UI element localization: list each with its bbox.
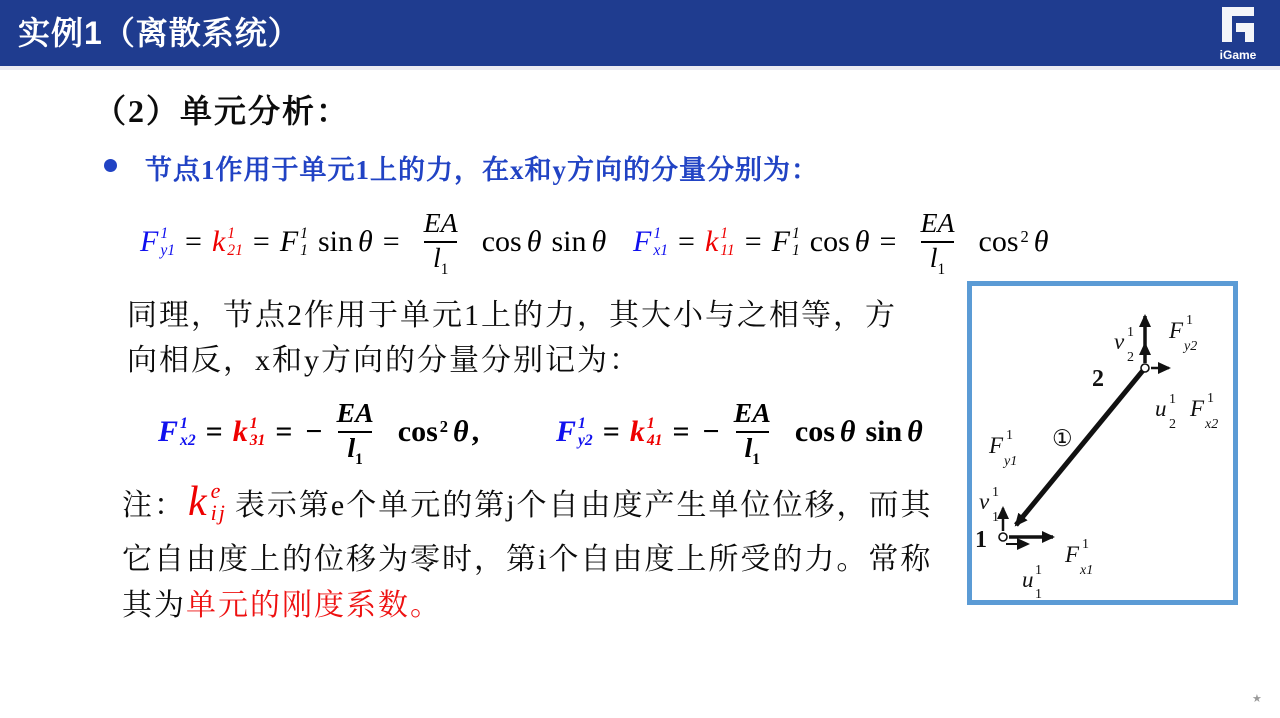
bullet-text: 节点1作用于单元1上的力，在x和y方向的分量分别为：: [145, 148, 819, 187]
node1-label: 1: [975, 527, 987, 553]
header-title: 实例1（离散系统）: [18, 0, 301, 66]
node2-label: 2: [1092, 366, 1104, 392]
note-line3: 其为单元的刚度系数。: [122, 580, 442, 624]
header-bar: 实例1（离散系统） iGame: [0, 0, 1280, 70]
svg-text:1: 1: [992, 510, 999, 525]
svg-text:y2: y2: [1182, 339, 1197, 354]
svg-text:F: F: [1168, 318, 1184, 343]
svg-text:1: 1: [1127, 325, 1134, 340]
truss-diagram: 2 1 ① F 1 y2 v 1 2 u 1 2 F: [972, 286, 1233, 600]
paragraph-line1: 同理，节点2作用于单元1上的力，其大小与之相等，方: [127, 293, 897, 338]
igame-logo-text: iGame: [1220, 48, 1257, 62]
svg-text:1: 1: [1186, 313, 1193, 328]
formula-fx1-k11: F1x1=k111=F11cosθ=EAl1cos2θ: [633, 202, 1049, 282]
svg-text:v: v: [1114, 329, 1125, 354]
svg-text:1: 1: [1207, 391, 1214, 406]
label-fx1: F 1 x1: [1064, 537, 1093, 578]
svg-text:1: 1: [992, 485, 999, 500]
paragraph-line2: 向相反，x和y方向的分量分别记为：: [127, 338, 897, 383]
svg-text:u: u: [1155, 396, 1167, 421]
svg-text:v: v: [979, 489, 990, 514]
svg-text:x1: x1: [1079, 563, 1093, 578]
section-title: （2）单元分析：: [94, 86, 350, 132]
igame-logo-icon: iGame: [1204, 4, 1270, 64]
svg-text:1: 1: [1082, 537, 1089, 552]
slide-root: 实例1（离散系统） iGame （2）单元分析： 节点1作用于单元1上的力，在x…: [0, 0, 1280, 718]
note-line3-black: 其为: [122, 589, 186, 622]
note-k-formula: keij: [188, 478, 227, 526]
svg-text:2: 2: [1169, 417, 1176, 432]
svg-text:1: 1: [1035, 587, 1042, 600]
svg-text:1: 1: [1006, 428, 1013, 443]
label-fx2: F 1 x2: [1189, 391, 1218, 432]
svg-text:2: 2: [1127, 350, 1134, 365]
note-line1: 注： keij 表示第e个单元的第j个自由度产生单位位移，而其: [122, 478, 933, 526]
paragraph-tongli: 同理，节点2作用于单元1上的力，其大小与之相等，方 向相反，x和y方向的分量分别…: [127, 293, 897, 383]
formula-fy2-k41: F1y2=k141=−EAl1cosθsinθ: [556, 392, 923, 472]
formula-fy1-k21: F1y1=k121=F11sinθ=EAl1cosθsinθ: [140, 202, 606, 282]
note-prefix: 注：: [122, 480, 186, 524]
formula-fx2-k31: F1x2=k131=−EAl1cos2θ ,: [158, 392, 479, 472]
note-line3-red: 单元的刚度系数。: [186, 589, 442, 622]
label-fy2: F 1 y2: [1168, 313, 1197, 354]
svg-text:y1: y1: [1002, 454, 1017, 469]
diagram-box: 2 1 ① F 1 y2 v 1 2 u 1 2 F: [967, 281, 1238, 605]
label-fy1: F 1 y1: [988, 428, 1017, 469]
bullet-dot-icon: [104, 159, 117, 172]
node2-circle: [1141, 364, 1149, 372]
element-number-label: ①: [1052, 426, 1073, 451]
truss-element-line: [1016, 368, 1145, 525]
node1-circle: [999, 533, 1007, 541]
svg-text:1: 1: [1035, 563, 1042, 578]
svg-text:x2: x2: [1204, 417, 1218, 432]
svg-text:1: 1: [1169, 392, 1176, 407]
svg-text:F: F: [1189, 396, 1205, 421]
svg-text:F: F: [1064, 542, 1080, 567]
footer-star-icon: ★: [1252, 692, 1262, 705]
bullet-row: 节点1作用于单元1上的力，在x和y方向的分量分别为：: [104, 148, 819, 187]
note-line1-text: 表示第e个单元的第j个自由度产生单位位移，而其: [235, 480, 933, 524]
svg-text:u: u: [1022, 567, 1034, 592]
svg-text:F: F: [988, 433, 1004, 458]
label-v1: v 1 1: [979, 485, 999, 525]
note-line2: 它自由度上的位移为零时，第i个自由度上所受的力。常称: [122, 534, 932, 578]
label-u1: u 1 1: [1022, 563, 1042, 600]
label-v2: v 1 2: [1114, 325, 1134, 365]
label-u2: u 1 2: [1155, 392, 1176, 432]
